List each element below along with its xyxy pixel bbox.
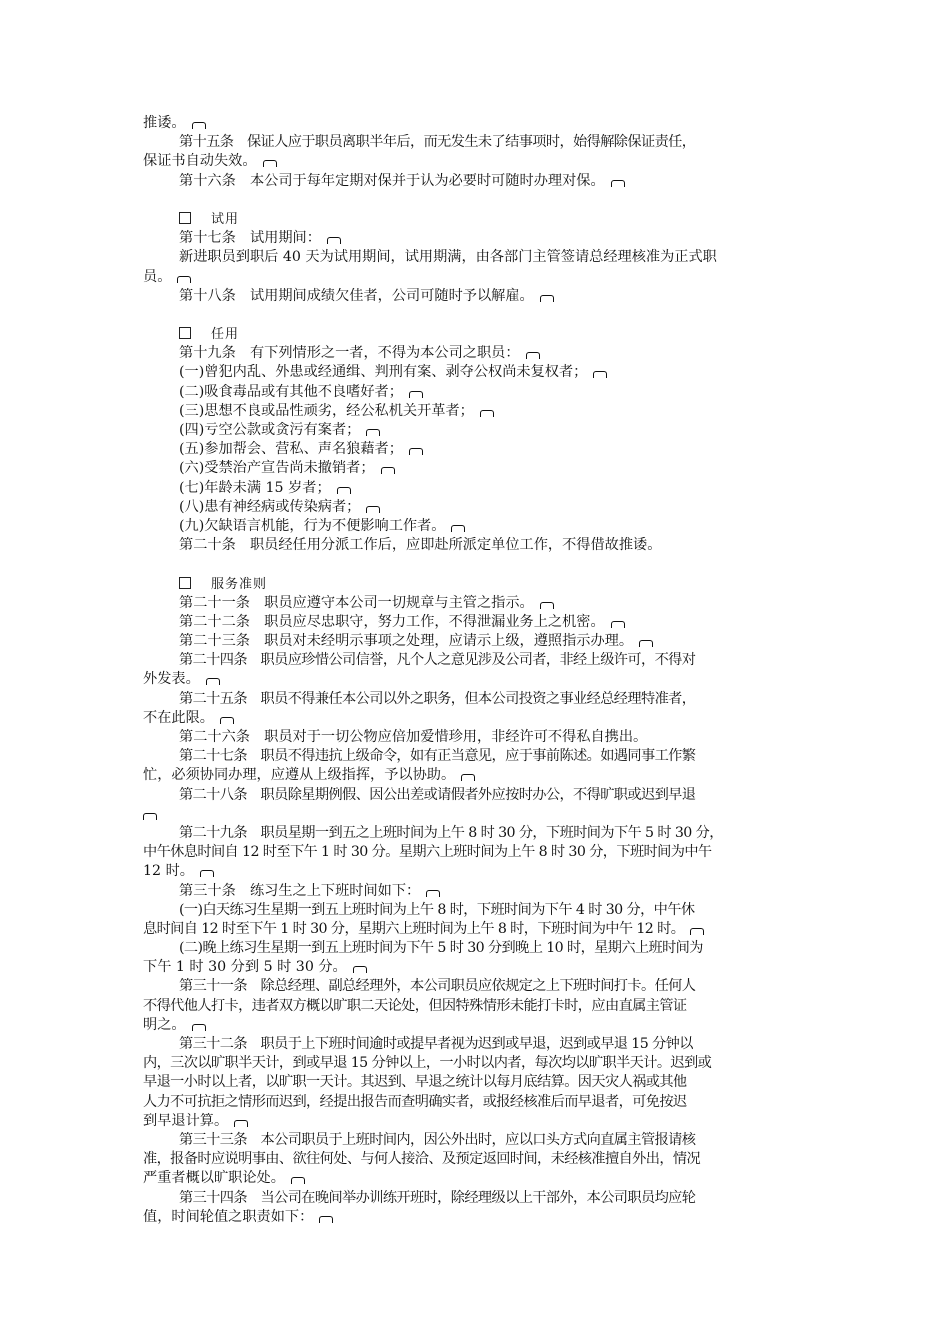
list-item: (九)欠缺语言机能，行为不便影响工作者。: [143, 517, 808, 536]
paragraph-mark-icon: [234, 1120, 248, 1127]
line-text: (三)思想不良或品性顽劣，经公私机关开革者；: [179, 403, 474, 419]
line-text: 下午 1 时 30 分到 5 时 30 分。: [143, 959, 347, 975]
line-text: 人力不可抗拒之情形而迟到，经提出报告而查明确实者，或报经核准后而早退者，可免按迟: [143, 1094, 687, 1110]
paragraph-mark-icon: [409, 448, 423, 455]
text-line: 明之。: [143, 1016, 808, 1035]
article-25: 第二十五条 职员不得兼任本公司以外之职务，但本公司投资之事业经总经理特准者，: [143, 690, 808, 709]
paragraph-mark-icon: [319, 1216, 333, 1223]
paragraph-mark-icon: [526, 352, 540, 359]
paragraph-mark-icon: [192, 1024, 206, 1031]
line-text: 内，三次以旷职半天计，到或早退 15 分钟以上，一小时以内者，每次均以旷职半天计…: [143, 1055, 711, 1071]
text-line: 内，三次以旷职半天计，到或早退 15 分钟以上，一小时以内者，每次均以旷职半天计…: [143, 1054, 808, 1073]
text-line: 12 时。: [143, 862, 808, 881]
paragraph-mark-icon: [291, 1177, 305, 1184]
line-text: 第三十三条 本公司职员于上班时间内，因公外出时，应以口头方式向直属主管报请核: [179, 1132, 695, 1148]
text-line: 中午休息时间自 12 时至下午 1 时 30 分。星期六上班时间为上午 8 时 …: [143, 843, 808, 862]
paragraph-mark-icon: [451, 525, 465, 532]
section-title: 任用: [211, 327, 239, 342]
paragraph-mark-icon: [540, 295, 554, 302]
paragraph-mark-icon: [206, 678, 220, 685]
paragraph-mark-icon: [611, 621, 625, 628]
line-text: 第二十六条 职员对于一切公物应倍加爱惜珍用，非经许可不得私自携出。: [179, 729, 647, 745]
article-16: 第十六条 本公司于每年定期对保并于认为必要时可随时办理对保。: [143, 172, 808, 191]
line-text: 外发表。: [143, 671, 200, 687]
line-text: (二)吸食毒品或有其他不良嗜好者；: [179, 384, 403, 400]
list-item: (一)曾犯内乱、外患或经通缉、判刑有案、剥夺公权尚未复权者；: [143, 363, 808, 382]
line-text: 第三十四条 当公司在晚间举办训练开班时，除经理级以上干部外，本公司职员均应轮: [179, 1190, 695, 1206]
line-text: (九)欠缺语言机能，行为不便影响工作者。: [179, 518, 445, 534]
section-title: 试用: [211, 212, 239, 227]
paragraph-mark-icon: [192, 122, 206, 129]
line-text: 第十六条 本公司于每年定期对保并于认为必要时可随时办理对保。: [179, 173, 605, 189]
line-text: 到早退计算。: [143, 1113, 228, 1129]
line-text: (六)受禁治产宣告尚未撤销者；: [179, 460, 375, 476]
line-text: 第三十二条 职员于上下班时间逾时或提早者视为迟到或早退，迟到或早退 15 分钟以: [179, 1036, 693, 1052]
checkbox-icon: [179, 212, 191, 224]
line-text: 员。: [143, 269, 171, 285]
line-text: 忙，必须协同办理，应遵从上级指挥，予以协助。: [143, 767, 455, 783]
spacer: [143, 555, 808, 574]
list-item: (六)受禁治产宣告尚未撤销者；: [143, 459, 808, 478]
line-text: (四)亏空公款或贪污有案者；: [179, 422, 360, 438]
checkbox-icon: [179, 327, 191, 339]
article-26: 第二十六条 职员对于一切公物应倍加爱惜珍用，非经许可不得私自携出。: [143, 728, 808, 747]
article-17: 第十七条 试用期间：: [143, 229, 808, 248]
article-34: 第三十四条 当公司在晚间举办训练开班时，除经理级以上干部外，本公司职员均应轮: [143, 1189, 808, 1208]
line-text: 早退一小时以上者，以旷职一天计。其迟到、早退之统计以每月底结算。因天灾人祸或其他: [143, 1074, 687, 1090]
text-line: 保证书自动失效。: [143, 152, 808, 171]
paragraph-mark-icon: [426, 890, 440, 897]
text-line: 忙，必须协同办理，应遵从上级指挥，予以协助。: [143, 766, 808, 785]
line-text: 第二十五条 职员不得兼任本公司以外之职务，但本公司投资之事业经总经理特准者，: [179, 691, 695, 707]
spacer: [143, 191, 808, 210]
paragraph-mark-icon: [593, 371, 607, 378]
article-32: 第三十二条 职员于上下班时间逾时或提早者视为迟到或早退，迟到或早退 15 分钟以: [143, 1035, 808, 1054]
line-text: 保证书自动失效。: [143, 153, 257, 169]
text-line: 员。: [143, 268, 808, 287]
article-20: 第二十条 职员经任用分派工作后，应即赴所派定单位工作，不得借故推诿。: [143, 536, 808, 555]
line-text: (八)患有神经病或传染病者；: [179, 499, 360, 515]
line-text: 第二十四条 职员应珍惜公司信誉，凡个人之意见涉及公司者，非经上级许可，不得对: [179, 652, 695, 668]
text-line: 人力不可抗拒之情形而迟到，经提出报告而查明确实者，或报经核准后而早退者，可免按迟: [143, 1093, 808, 1112]
line-text: 12 时。: [143, 863, 194, 879]
paragraph-mark-icon: [366, 506, 380, 513]
line-text: 第十七条 试用期间：: [179, 230, 321, 246]
section-title: 服务准则: [211, 577, 267, 592]
paragraph-mark-icon: [327, 237, 341, 244]
paragraph-mark-icon: [177, 276, 191, 283]
article-23: 第二十三条 职员对未经明示事项之处理，应请示上级，遵照指示办理。: [143, 632, 808, 651]
text-line: 息时间自 12 时至下午 1 时 30 分，星期六上班时间为上午 8 时，下班时…: [143, 920, 808, 939]
article-31: 第三十一条 除总经理、副总经理外，本公司职员应依规定之上下班时间打卡。任何人: [143, 977, 808, 996]
line-text: 第二十三条 职员对未经明示事项之处理，应请示上级，遵照指示办理。: [179, 633, 633, 649]
article-24: 第二十四条 职员应珍惜公司信誉，凡个人之意见涉及公司者，非经上级许可，不得对: [143, 651, 808, 670]
line-text: 不在此限。: [143, 710, 214, 726]
list-item: (七)年龄未满 15 岁者；: [143, 479, 808, 498]
line-text: (一)白天练习生星期一到五上班时间为上午 8 时，下班时间为下午 4 时 30 …: [179, 902, 694, 918]
list-item: (三)思想不良或品性顽劣，经公私机关开革者；: [143, 402, 808, 421]
paragraph-mark-icon: [143, 813, 157, 820]
line-text: (二)晚上练习生星期一到五上班时间为下午 5 时 30 分到晚上 10 时，星期…: [179, 940, 703, 956]
article-29: 第二十九条 职员星期一到五之上班时间为上午 8 时 30 分，下班时间为下午 5…: [143, 824, 808, 843]
line-text: 第二十九条 职员星期一到五之上班时间为上午 8 时 30 分，下班时间为下午 5…: [179, 825, 723, 841]
text-line: 值，时间轮值之职责如下：: [143, 1208, 808, 1227]
text-line: 严重者概以旷职论处。: [143, 1169, 808, 1188]
text-line: 下午 1 时 30 分到 5 时 30 分。: [143, 958, 808, 977]
section-heading-appointment: 任用: [143, 325, 808, 344]
text-line: 早退一小时以上者，以旷职一天计。其迟到、早退之统计以每月底结算。因天灾人祸或其他: [143, 1073, 808, 1092]
line-text: 息时间自 12 时至下午 1 时 30 分，星期六上班时间为上午 8 时，下班时…: [143, 921, 684, 937]
list-item: (四)亏空公款或贪污有案者；: [143, 421, 808, 440]
line-text: 第二十条 职员经任用分派工作后，应即赴所派定单位工作，不得借故推诿。: [179, 537, 661, 553]
line-text: 新进职员到职后 40 天为试用期间，试用期满，由各部门主管签请总经理核准为正式职: [179, 249, 717, 265]
text-line: 准，报备时应说明事由、欲往何处、与何人接洽、及预定返回时间，未经核准擅自外出，情…: [143, 1150, 808, 1169]
text-line: 推诿。: [143, 114, 808, 133]
text-line: [143, 805, 808, 824]
text-line: 到早退计算。: [143, 1112, 808, 1131]
paragraph-mark-icon: [366, 429, 380, 436]
article-33: 第三十三条 本公司职员于上班时间内，因公外出时，应以口头方式向直属主管报请核: [143, 1131, 808, 1150]
line-text: 第二十八条 职员除星期例假、因公出差或请假者外应按时办公，不得旷职或迟到早退: [179, 787, 695, 803]
line-text: 不得代他人打卡，违者双方概以旷职二天论处，但因特殊情形未能打卡时，应由直属主管证: [143, 998, 687, 1014]
line-text: (七)年龄未满 15 岁者；: [179, 480, 331, 496]
text-line: 新进职员到职后 40 天为试用期间，试用期满，由各部门主管签请总经理核准为正式职: [143, 248, 808, 267]
article-21: 第二十一条 职员应遵守本公司一切规章与主管之指示。: [143, 594, 808, 613]
paragraph-mark-icon: [353, 966, 367, 973]
line-text: 第三十一条 除总经理、副总经理外，本公司职员应依规定之上下班时间打卡。任何人: [179, 978, 695, 994]
article-19: 第十九条 有下列情形之一者，不得为本公司之职员：: [143, 344, 808, 363]
paragraph-mark-icon: [480, 410, 494, 417]
line-text: 第十九条 有下列情形之一者，不得为本公司之职员：: [179, 345, 520, 361]
paragraph-mark-icon: [200, 870, 214, 877]
line-text: 第二十一条 职员应遵守本公司一切规章与主管之指示。: [179, 595, 534, 611]
line-text: 第二十七条 职员不得违抗上级命令，如有正当意见，应于事前陈述。如遇同事工作繁: [179, 748, 695, 764]
article-18: 第十八条 试用期间成绩欠佳者，公司可随时予以解雇。: [143, 287, 808, 306]
paragraph-mark-icon: [639, 640, 653, 647]
paragraph-mark-icon: [337, 487, 351, 494]
list-item: (五)参加帮会、营私、声名狼藉者；: [143, 440, 808, 459]
paragraph-mark-icon: [263, 160, 277, 167]
text-line: 不在此限。: [143, 709, 808, 728]
list-item: (一)白天练习生星期一到五上班时间为上午 8 时，下班时间为下午 4 时 30 …: [143, 901, 808, 920]
article-15: 第十五条 保证人应于职员离职半年后，而无发生未了结事项时，始得解除保证责任，: [143, 133, 808, 152]
document-page: 推诿。 第十五条 保证人应于职员离职半年后，而无发生未了结事项时，始得解除保证责…: [143, 114, 808, 1227]
article-27: 第二十七条 职员不得违抗上级命令，如有正当意见，应于事前陈述。如遇同事工作繁: [143, 747, 808, 766]
line-text: 第二十二条 职员应尽忠职守，努力工作，不得泄漏业务上之机密。: [179, 614, 605, 630]
paragraph-mark-icon: [381, 467, 395, 474]
line-text: 第三十条 练习生之上下班时间如下：: [179, 883, 420, 899]
article-28: 第二十八条 职员除星期例假、因公出差或请假者外应按时办公，不得旷职或迟到早退: [143, 786, 808, 805]
line-text: 准，报备时应说明事由、欲往何处、与何人接洽、及预定返回时间，未经核准擅自外出，情…: [143, 1151, 700, 1167]
paragraph-mark-icon: [540, 602, 554, 609]
line-text: 推诿。: [143, 115, 186, 131]
article-30: 第三十条 练习生之上下班时间如下：: [143, 882, 808, 901]
text-line: 不得代他人打卡，违者双方概以旷职二天论处，但因特殊情形未能打卡时，应由直属主管证: [143, 997, 808, 1016]
paragraph-mark-icon: [220, 717, 234, 724]
checkbox-icon: [179, 577, 191, 589]
section-heading-probation: 试用: [143, 210, 808, 229]
article-22: 第二十二条 职员应尽忠职守，努力工作，不得泄漏业务上之机密。: [143, 613, 808, 632]
paragraph-mark-icon: [461, 774, 475, 781]
paragraph-mark-icon: [690, 928, 704, 935]
line-text: 第十五条 保证人应于职员离职半年后，而无发生未了结事项时，始得解除保证责任，: [179, 134, 695, 150]
section-heading-service-rules: 服务准则: [143, 575, 808, 594]
line-text: 值，时间轮值之职责如下：: [143, 1209, 313, 1225]
text-line: 外发表。: [143, 670, 808, 689]
line-text: 明之。: [143, 1017, 186, 1033]
line-text: 中午休息时间自 12 时至下午 1 时 30 分。星期六上班时间为上午 8 时 …: [143, 844, 712, 860]
list-item: (八)患有神经病或传染病者；: [143, 498, 808, 517]
line-text: 第十八条 试用期间成绩欠佳者，公司可随时予以解雇。: [179, 288, 534, 304]
line-text: (五)参加帮会、营私、声名狼藉者；: [179, 441, 403, 457]
spacer: [143, 306, 808, 325]
paragraph-mark-icon: [611, 180, 625, 187]
list-item: (二)晚上练习生星期一到五上班时间为下午 5 时 30 分到晚上 10 时，星期…: [143, 939, 808, 958]
line-text: 严重者概以旷职论处。: [143, 1170, 285, 1186]
line-text: (一)曾犯内乱、外患或经通缉、判刑有案、剥夺公权尚未复权者；: [179, 364, 587, 380]
list-item: (二)吸食毒品或有其他不良嗜好者；: [143, 383, 808, 402]
paragraph-mark-icon: [409, 391, 423, 398]
